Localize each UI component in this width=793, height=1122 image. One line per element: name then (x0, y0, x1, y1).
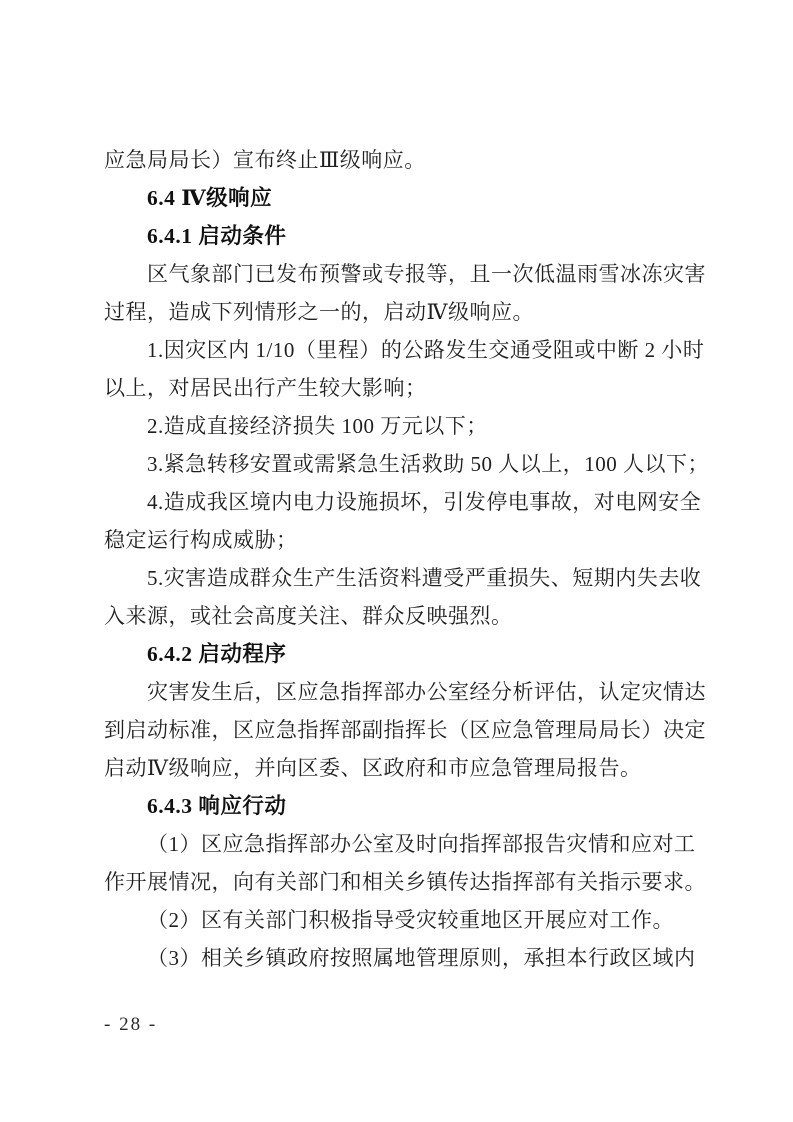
section-heading: 6.4.2 启动程序 (104, 635, 709, 673)
section-heading: 6.4.3 响应行动 (104, 787, 709, 825)
page-number: - 28 - (104, 1014, 157, 1036)
text-line: 3.紧急转移安置或需紧急生活救助 50 人以上，100 人以下； (104, 445, 709, 483)
text-line: 过程，造成下列情形之一的，启动Ⅳ级响应。 (104, 293, 709, 331)
section-heading: 6.4.1 启动条件 (104, 217, 709, 255)
text-line: 2.造成直接经济损失 100 万元以下； (104, 407, 709, 445)
text-line: 区气象部门已发布预警或专报等，且一次低温雨雪冰冻灾害 (104, 255, 709, 293)
text-line: 稳定运行构成威胁； (104, 521, 709, 559)
text-line: 灾害发生后，区应急指挥部办公室经分析评估，认定灾情达 (104, 673, 709, 711)
text-line: 5.灾害造成群众生产生活资料遭受严重损失、短期内失去收 (104, 559, 709, 597)
text-line: 4.造成我区境内电力设施损坏，引发停电事故，对电网安全 (104, 483, 709, 521)
text-line: 作开展情况，向有关部门和相关乡镇传达指挥部有关指示要求。 (104, 863, 709, 901)
text-line: （2）区有关部门积极指导受灾较重地区开展应对工作。 (104, 901, 709, 939)
text-line: 1.因灾区内 1/10（里程）的公路发生交通受阻或中断 2 小时 (104, 331, 709, 369)
section-heading: 6.4 Ⅳ级响应 (104, 179, 709, 217)
document-text-content: 应急局局长）宣布终止Ⅲ级响应。6.4 Ⅳ级响应6.4.1 启动条件区气象部门已发… (104, 141, 709, 977)
document-page: 应急局局长）宣布终止Ⅲ级响应。6.4 Ⅳ级响应6.4.1 启动条件区气象部门已发… (0, 0, 793, 1122)
text-line: 到启动标准，区应急指挥部副指挥长（区应急管理局局长）决定 (104, 711, 709, 749)
text-line: 以上，对居民出行产生较大影响； (104, 369, 709, 407)
text-line: （1）区应急指挥部办公室及时向指挥部报告灾情和应对工 (104, 825, 709, 863)
text-line: 启动Ⅳ级响应，并向区委、区政府和市应急管理局报告。 (104, 749, 709, 787)
text-line: 入来源，或社会高度关注、群众反映强烈。 (104, 597, 709, 635)
text-line: 应急局局长）宣布终止Ⅲ级响应。 (104, 141, 709, 179)
text-line: （3）相关乡镇政府按照属地管理原则，承担本行政区域内 (104, 939, 709, 977)
